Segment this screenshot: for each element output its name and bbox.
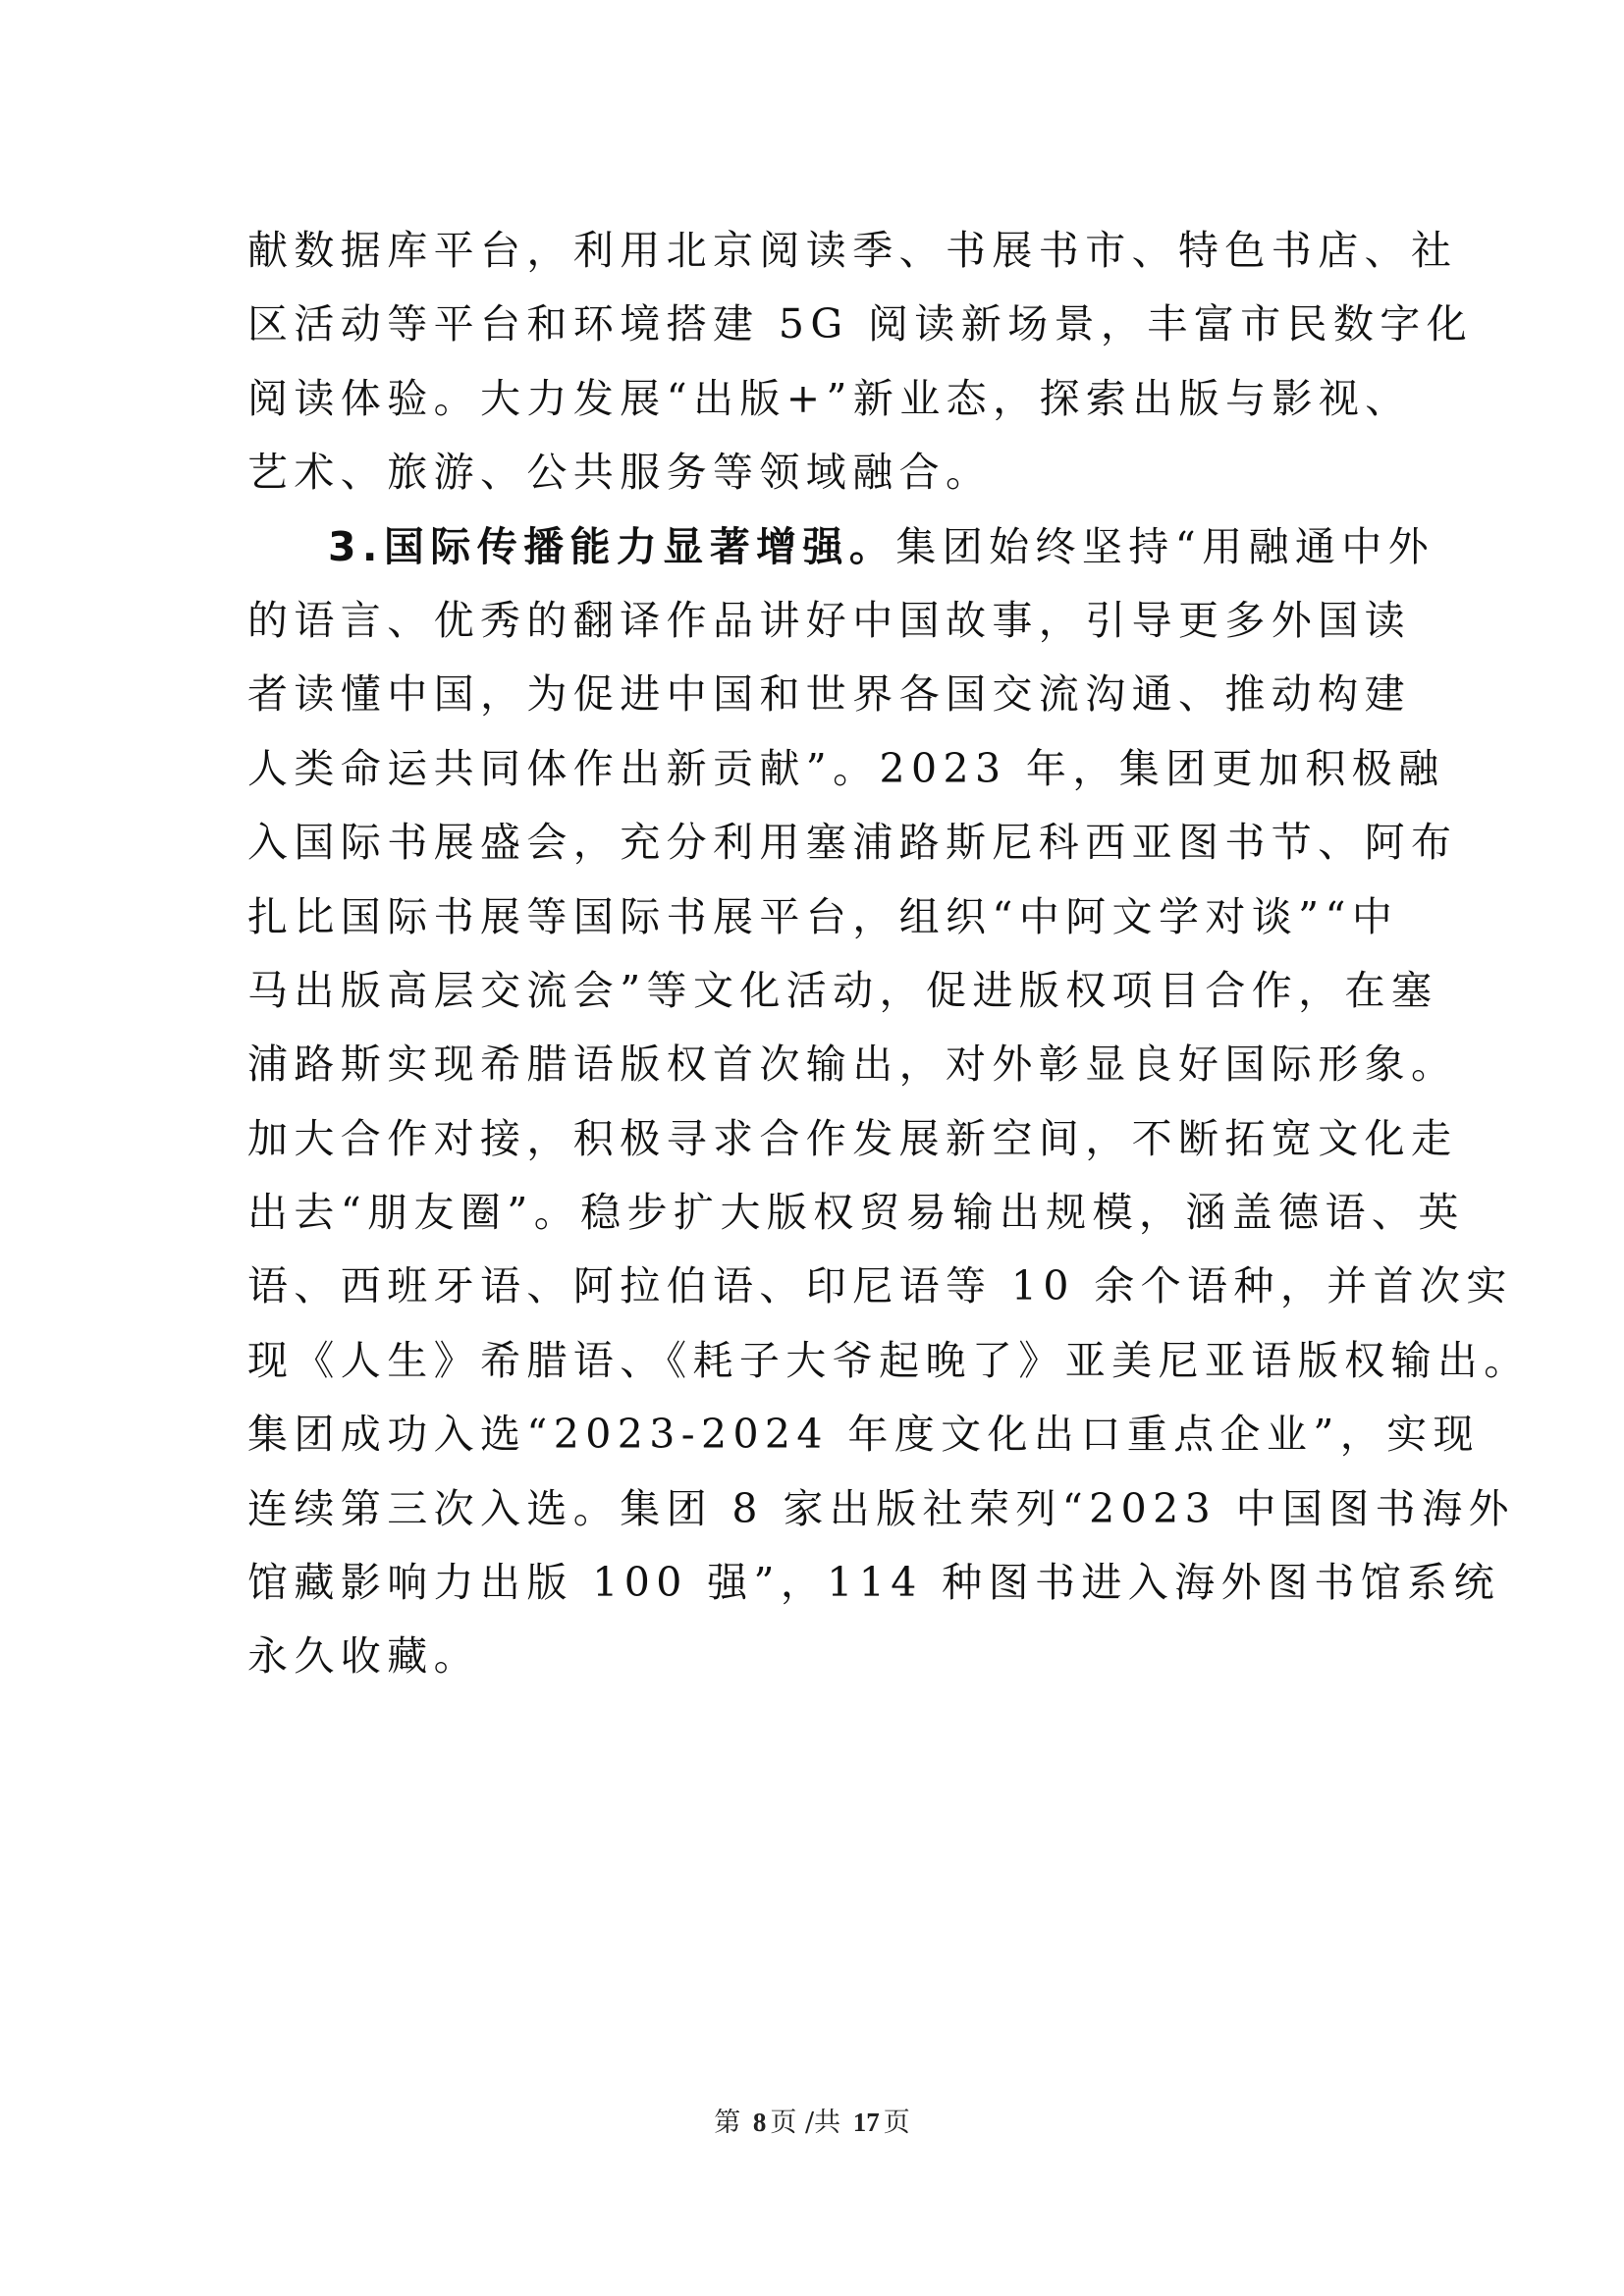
text-line: 人类命运共同体作出新贡献”。2023 年，集团更加积极融 <box>247 732 1386 806</box>
text-span: 集团始终坚持“用融通中外 <box>895 523 1435 570</box>
text-line: 连续第三次入选。集团 8 家出版社荣列“2023 中国图书海外 <box>247 1472 1386 1546</box>
text-line: 语、西班牙语、阿拉伯语、印尼语等 10 余个语种，并首次实 <box>247 1250 1386 1323</box>
current-page-number: 8 <box>753 2108 767 2137</box>
text-line: 出去“朋友圈”。稳步扩大版权贸易输出规模，涵盖德语、英 <box>247 1176 1386 1250</box>
text-line: 区活动等平台和环境搭建 5G 阅读新场景，丰富市民数字化 <box>247 288 1386 361</box>
text-line: 阅读体验。大力发展“出版+”新业态，探索出版与影视、 <box>247 362 1386 436</box>
text-line: 浦路斯实现希腊语版权首次输出，对外彰显良好国际形象。 <box>247 1028 1386 1101</box>
paragraph-international-communication: 3.国际传播能力显著增强。集团始终坚持“用融通中外 的语言、优秀的翻译作品讲好中… <box>247 510 1386 1694</box>
text-line: 的语言、优秀的翻译作品讲好中国故事，引导更多外国读 <box>247 584 1386 658</box>
text-line: 入国际书展盛会，充分利用塞浦路斯尼科西亚图书节、阿布 <box>247 806 1386 880</box>
page-footer: 第 8页 /共 17页 <box>0 2101 1624 2139</box>
footer-total-unit: 页 <box>884 2108 910 2138</box>
footer-page-unit: 页 <box>770 2108 796 2138</box>
text-line: 艺术、旅游、公共服务等领域融合。 <box>247 436 1386 509</box>
text-line: 扎比国际书展等国际书展平台，组织“中阿文学对谈”“中 <box>247 881 1386 954</box>
footer-prefix: 第 <box>714 2108 740 2138</box>
text-line: 马出版高层交流会”等文化活动，促进版权项目合作，在塞 <box>247 954 1386 1028</box>
document-body: 献数据库平台，利用北京阅读季、书展书市、特色书店、社 区活动等平台和环境搭建 5… <box>247 214 1386 1694</box>
text-line: 献数据库平台，利用北京阅读季、书展书市、特色书店、社 <box>247 214 1386 288</box>
document-page: 献数据库平台，利用北京阅读季、书展书市、特色书店、社 区活动等平台和环境搭建 5… <box>0 0 1624 2296</box>
section-heading: 3.国际传播能力显著增强。 <box>328 523 895 570</box>
text-line: 3.国际传播能力显著增强。集团始终坚持“用融通中外 <box>247 510 1386 584</box>
text-line: 加大合作对接，积极寻求合作发展新空间，不断拓宽文化走 <box>247 1102 1386 1176</box>
footer-separator: /共 <box>805 2108 840 2138</box>
paragraph-digital-reading: 献数据库平台，利用北京阅读季、书展书市、特色书店、社 区活动等平台和环境搭建 5… <box>247 214 1386 510</box>
total-pages: 17 <box>853 2108 880 2137</box>
text-line: 永久收藏。 <box>247 1620 1386 1693</box>
text-line: 集团成功入选“2023-2024 年度文化出口重点企业”，实现 <box>247 1398 1386 1471</box>
text-line: 馆藏影响力出版 100 强”，114 种图书进入海外图书馆系统 <box>247 1546 1386 1620</box>
text-line: 者读懂中国，为促进中国和世界各国交流沟通、推动构建 <box>247 658 1386 731</box>
text-line: 现《人生》希腊语、《耗子大爷起晚了》亚美尼亚语版权输出。 <box>247 1324 1386 1398</box>
